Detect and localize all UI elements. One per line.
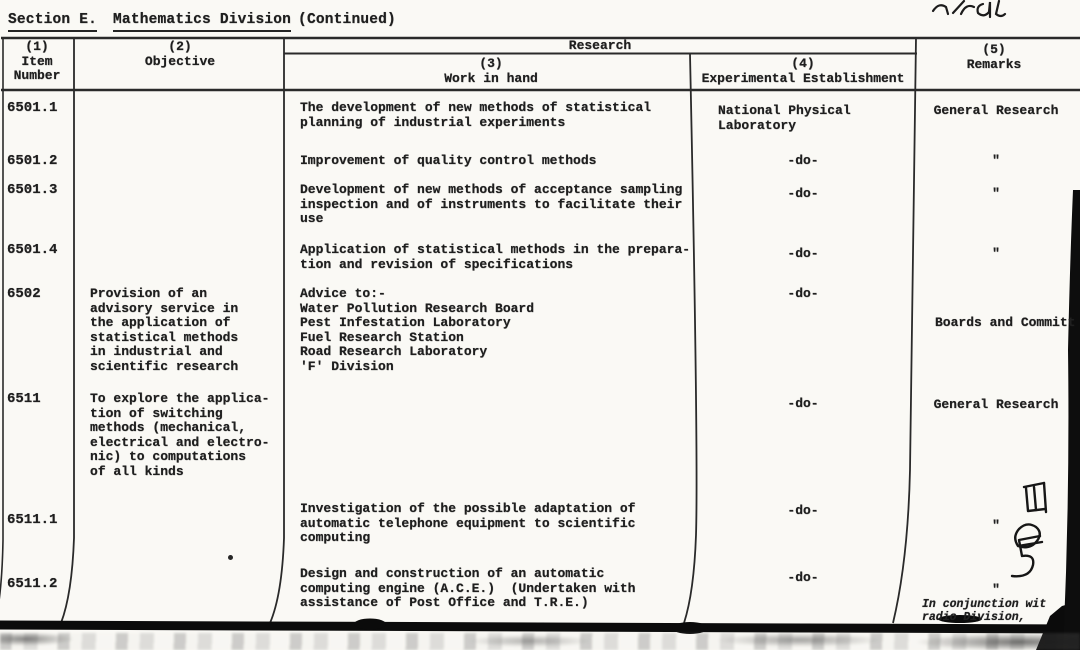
scanned-document-page: Section E.Mathematics Division(Continued… (0, 0, 1080, 650)
division-label: Mathematics Division (113, 12, 291, 32)
remarks-cell: General Research (918, 101, 1074, 119)
establishment-cell: -do- (692, 154, 914, 169)
remarks-ditto-mark: " (918, 502, 1074, 534)
objective-cell: Provision of an advisory service in the … (90, 287, 238, 374)
item-number-cell: 6502 (7, 287, 41, 302)
establishment-cell: National Physical Laboratory (692, 101, 940, 133)
item-number-cell: 6511.1 (7, 502, 57, 528)
remarks-cell: Boards and Committ (918, 287, 1080, 331)
establishment-cell: -do- (692, 183, 914, 202)
remarks-ditto-mark: " (918, 567, 1074, 598)
column-header-experimental-establishment: (4) Experimental Establishment (691, 57, 915, 86)
remarks-cell: General Research (918, 392, 1074, 413)
continued-label: (Continued) (298, 12, 396, 28)
establishment-cell: -do- (692, 287, 914, 302)
remarks-ditto-mark: " (918, 183, 1074, 202)
work-in-hand-cell: Development of new methods of acceptance… (300, 183, 682, 227)
work-in-hand-cell: The development of new methods of statis… (300, 101, 651, 130)
section-label: Section E. (8, 12, 97, 32)
work-in-hand-cell: Improvement of quality control methods (300, 154, 596, 169)
remarks-ditto-mark: " (918, 243, 1074, 262)
work-in-hand-cell: Application of statistical methods in th… (300, 243, 690, 272)
page-title: Section E.Mathematics Division(Continued… (8, 12, 396, 32)
establishment-cell: -do- (692, 243, 914, 262)
establishment-cell: -do- (692, 392, 914, 412)
column-header-item-number: (1) Item Number (0, 40, 74, 84)
column-header-remarks: (5) Remarks (918, 43, 1070, 72)
column-header-work-in-hand: (3) Work in hand (300, 57, 682, 86)
ink-speck (228, 555, 233, 560)
scan-edge-noise (0, 633, 1080, 650)
work-in-hand-cell: Advice to:- Water Pollution Research Boa… (300, 287, 534, 374)
item-number-cell: 6501.3 (7, 183, 57, 198)
item-number-cell: 6501.4 (7, 243, 57, 258)
establishment-cell: -do- (692, 567, 914, 586)
establishment-cell: -do- (692, 502, 914, 519)
item-number-cell: 6511.2 (7, 567, 57, 592)
column-group-header-research: Research (284, 39, 916, 54)
item-number-cell: 6511 (7, 392, 41, 407)
column-header-objective: (2) Objective (80, 40, 280, 69)
handwritten-annotation-top (933, 1, 1005, 17)
remarks-ditto-mark: " (918, 154, 1074, 169)
item-number-cell: 6501.1 (7, 101, 57, 116)
remarks-note: In conjunction wit radio Division, (922, 598, 1080, 624)
work-in-hand-cell: Investigation of the possible adaptation… (300, 502, 635, 546)
objective-cell: To explore the applica- tion of switchin… (90, 392, 269, 479)
work-in-hand-cell: Design and construction of an automatic … (300, 567, 635, 611)
item-number-cell: 6501.2 (7, 154, 57, 169)
